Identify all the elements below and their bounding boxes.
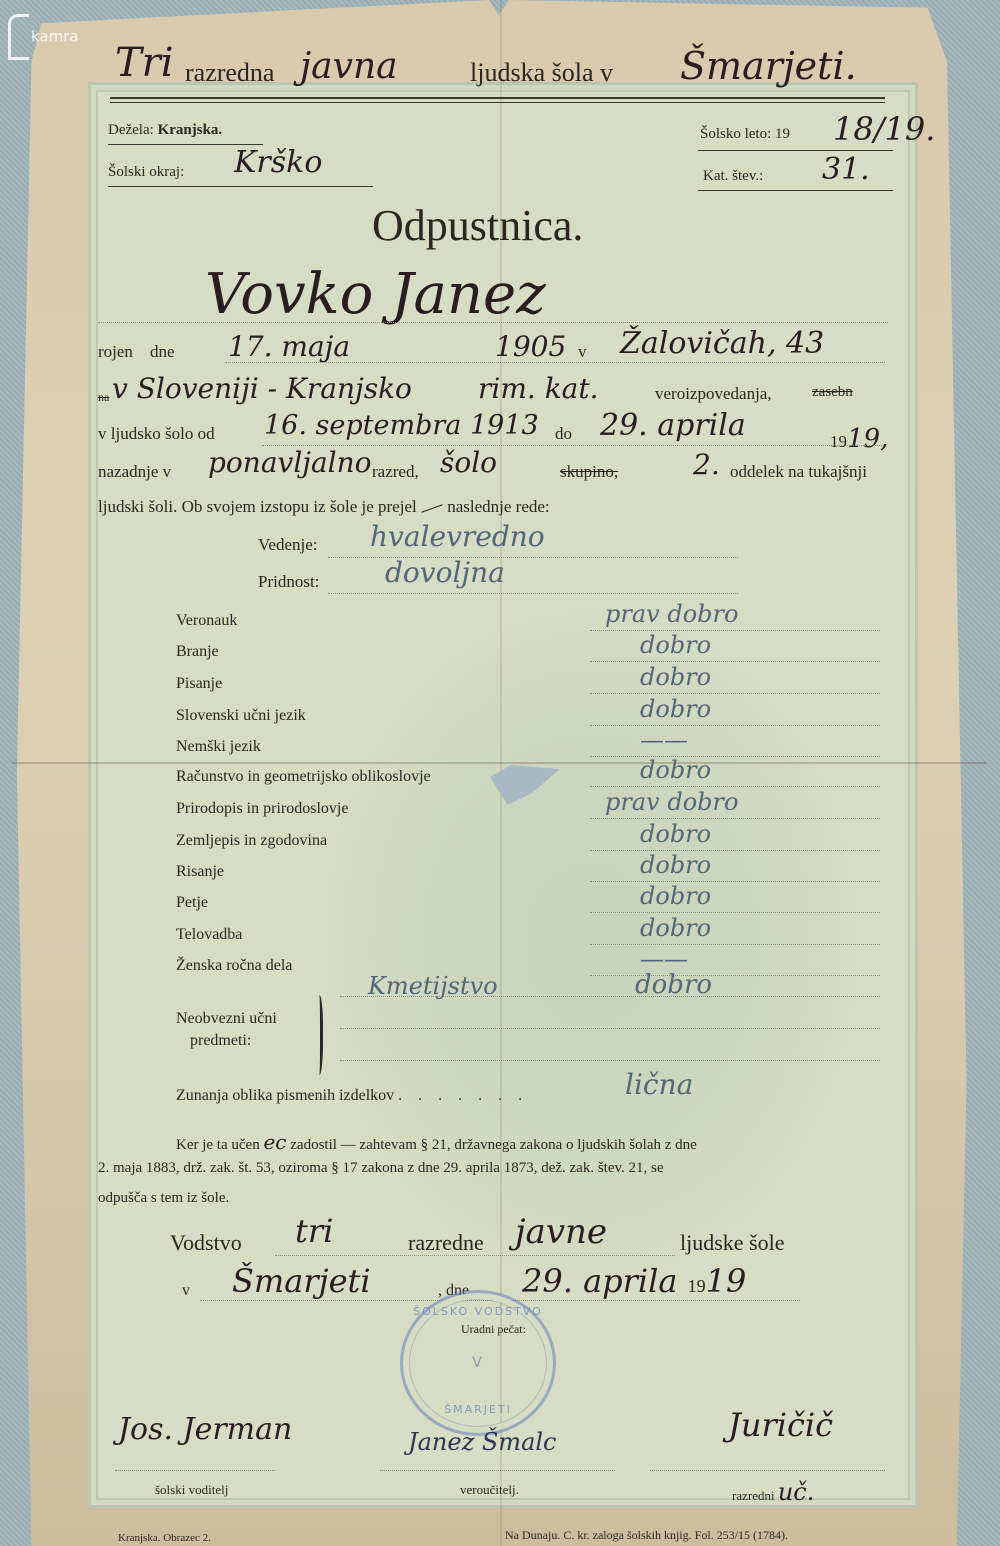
nazadnje-label: nazadnje v xyxy=(98,462,171,482)
ljudske-label: ljudske šole xyxy=(680,1230,785,1256)
subject-label: Slovenski učni jezik xyxy=(176,707,306,724)
okraj-label: Šolski okraj: xyxy=(108,164,184,181)
subject-line xyxy=(590,725,880,726)
okraj-rule xyxy=(108,186,373,187)
solo-value: šolo xyxy=(440,446,497,479)
optional-line-2 xyxy=(340,1028,880,1029)
vodstvo-hand: tri xyxy=(295,1212,333,1250)
subject-grade: prav dobro xyxy=(605,600,738,628)
subject-line xyxy=(590,881,880,882)
optional-brace xyxy=(314,995,323,1075)
student-name: Vovko Janez xyxy=(205,262,546,327)
vodstvo-line xyxy=(275,1255,675,1256)
pridnost-line xyxy=(328,593,738,594)
subject-label: Veronauk xyxy=(176,612,237,629)
religion-label: veroizpovedanja, xyxy=(655,384,772,404)
optional-line-1 xyxy=(340,996,880,997)
document-title: Odpustnica. xyxy=(372,200,583,251)
born-line xyxy=(225,362,885,363)
kat-label: Kat. štev.: xyxy=(703,168,763,185)
subject-line xyxy=(590,850,880,851)
subject-label: Petje xyxy=(176,894,208,911)
religion-strike: zasebn xyxy=(812,384,853,401)
kamra-logo: kamra xyxy=(8,14,79,60)
school-printed: ljudska šola v xyxy=(470,58,613,88)
last-class: ponavljalno xyxy=(208,446,372,479)
school-type-handwritten: Tri xyxy=(115,40,174,86)
subject-row: Računstvo in geometrijsko oblikoslovje xyxy=(176,768,431,786)
subject-label: Risanje xyxy=(176,863,224,880)
skupino-strike: skupino, xyxy=(560,462,618,482)
subject-row: Risanje xyxy=(176,863,224,881)
sig3-line xyxy=(650,1470,885,1471)
name-line xyxy=(98,322,888,323)
subject-row: Nemški jezik xyxy=(176,738,261,756)
subject-row: Ženska ročna dela xyxy=(176,957,292,975)
vedenje-value: hvalevredno xyxy=(370,520,545,553)
subject-row: Telovadba xyxy=(176,926,242,944)
pridnost-value: dovoljna xyxy=(385,556,505,589)
dezela-field: Dežela: Kranjska. xyxy=(108,122,222,139)
pridnost-label: Pridnost: xyxy=(258,572,319,592)
subject-grade: dobro xyxy=(640,914,711,942)
subject-line xyxy=(590,630,880,631)
school-from-label: v ljudsko šolo od xyxy=(98,424,215,444)
school-to: 29. aprila xyxy=(600,408,746,443)
kat-value: 31. xyxy=(822,152,870,187)
legal-line-3: odpušča s tem iz šole. xyxy=(98,1190,229,1207)
sig3-label: razredni uč. xyxy=(732,1478,814,1506)
subject-grade: dobro xyxy=(640,820,711,848)
subject-line xyxy=(590,975,880,976)
official-stamp: ŠOLSKO VODSTVO V ŠMARJETI xyxy=(400,1290,556,1436)
subject-row: Veronauk xyxy=(176,612,237,630)
subject-grade: —— xyxy=(640,726,688,754)
subject-grade: dobro xyxy=(640,663,711,691)
form-number: Kranjska. Obrazec 2. xyxy=(118,1532,211,1544)
kat-rule xyxy=(698,190,893,191)
zunanja-label: Zunanja oblika pismenih izdelkov . . . .… xyxy=(176,1087,528,1105)
strike-mark xyxy=(421,504,442,512)
subject-line xyxy=(590,756,880,757)
sig1-label: šolski voditelj xyxy=(155,1482,228,1498)
legal-line-1: Ker je ta učen ec zadostil — zahtevam § … xyxy=(176,1130,697,1154)
subject-row: Prirodopis in prirodoslovje xyxy=(176,800,348,818)
vodstvo-label: Vodstvo xyxy=(170,1230,242,1256)
subject-line xyxy=(590,693,880,694)
subject-row: Petje xyxy=(176,894,208,912)
subject-row: Slovenski učni jezik xyxy=(176,707,306,725)
born-label: rojen dne xyxy=(98,342,174,362)
subject-line xyxy=(590,912,880,913)
subject-label: Ženska ročna dela xyxy=(176,957,292,974)
optional-label-1: Neobvezni učni xyxy=(176,1010,277,1028)
birth-place: Žalovičah, 43 xyxy=(620,326,824,361)
subject-grade: dobro xyxy=(640,756,711,784)
subject-label: Telovadba xyxy=(176,926,242,943)
school-location-handwritten: Šmarjeti. xyxy=(680,44,857,88)
subject-grade: dobro xyxy=(640,851,711,879)
intro-line: ljudski šoli. Ob svojem izstopu iz šole … xyxy=(98,497,550,517)
na-label: na xyxy=(98,390,109,405)
subject-row: Pisanje xyxy=(176,675,222,693)
oddelek-number: 2. xyxy=(693,448,720,481)
subject-label: Branje xyxy=(176,643,219,660)
subject-grade: —— xyxy=(640,945,688,973)
footer-v-label: v xyxy=(182,1282,190,1300)
subject-grade: dobro xyxy=(640,631,711,659)
do-label: do xyxy=(555,424,572,444)
subject-grade: dobro xyxy=(640,695,711,723)
optional-line-3 xyxy=(340,1060,880,1061)
subject-label: Računstvo in geometrijsko oblikoslovje xyxy=(176,768,431,785)
birth-year: 1905 xyxy=(495,330,566,363)
horizontal-fold xyxy=(12,762,986,764)
publisher-line: Na Dunaju. C. kr. zaloga šolskih knjig. … xyxy=(505,1528,788,1543)
vedenje-label: Vedenje: xyxy=(258,535,317,555)
subject-line xyxy=(590,786,880,787)
school-type-printed: razredna xyxy=(185,58,274,88)
signature-catechist: Janez Šmalc xyxy=(408,1428,557,1456)
birth-day: 17. maja xyxy=(228,330,350,363)
subject-label: Prirodopis in prirodoslovje xyxy=(176,800,348,817)
razredne-label: razredne xyxy=(408,1230,484,1256)
leto-label: Šolsko leto: 19 xyxy=(700,126,790,143)
sig2-line xyxy=(380,1470,615,1471)
leto-value: 18/19. xyxy=(833,110,935,148)
subject-row: Branje xyxy=(176,643,219,661)
stamp-label: Uradni pečat: xyxy=(461,1322,526,1337)
subject-line xyxy=(590,818,880,819)
subject-line xyxy=(590,944,880,945)
okraj-value: Krško xyxy=(234,145,322,180)
sig2-label: veroučitelj. xyxy=(460,1482,519,1498)
subject-line xyxy=(590,661,880,662)
razred-label: razred, xyxy=(372,462,419,482)
subject-grade: dobro xyxy=(640,882,711,910)
legal-line-2: 2. maja 1883, drž. zak. št. 53, oziroma … xyxy=(98,1160,664,1177)
place-hand: Šmarjeti xyxy=(232,1262,371,1300)
leto-rule xyxy=(698,150,893,151)
javne-hand: javne xyxy=(515,1212,607,1252)
subject-row: Zemljepis in zgodovina xyxy=(176,832,327,850)
religion: rim. kat. xyxy=(478,372,599,405)
school-to-year: 1919, xyxy=(830,424,888,454)
kamra-logo-icon xyxy=(8,14,29,60)
header-rule xyxy=(110,97,885,99)
subject-label: Zemljepis in zgodovina xyxy=(176,832,327,849)
subject-grade: prav dobro xyxy=(605,788,738,816)
v-label: v xyxy=(578,342,587,362)
school-from: 16. septembra 1913 xyxy=(264,410,539,441)
sig1-line xyxy=(115,1470,275,1471)
region: v Sloveniji - Kranjsko xyxy=(112,372,412,405)
header-rule-2 xyxy=(110,102,885,103)
signature-headmaster: Jos. Jerman xyxy=(118,1412,292,1447)
signature-teacher: Juričič xyxy=(728,1406,833,1444)
optional-label-2: predmeti: xyxy=(190,1032,251,1050)
oddelek-label: oddelek na tukajšnji xyxy=(730,462,867,482)
subject-label: Nemški jezik xyxy=(176,738,261,755)
subject-label: Pisanje xyxy=(176,675,222,692)
school-kind-handwritten: javna xyxy=(300,46,398,87)
coat-of-arms-watermark xyxy=(321,605,861,1285)
date-hand: 29. aprila 1919 xyxy=(522,1262,746,1300)
zunanja-value: lična xyxy=(625,1068,693,1101)
